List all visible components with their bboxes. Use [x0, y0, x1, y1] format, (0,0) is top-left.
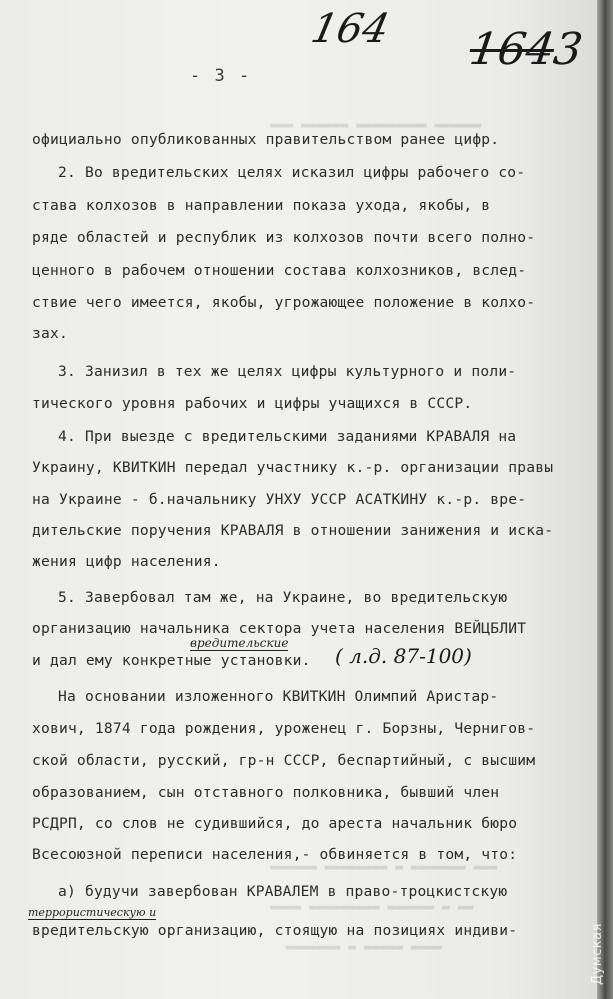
text-line: организацию начальника сектора учета нас…: [32, 620, 526, 637]
text-line: вредительскую организацию, стоящую на по…: [32, 922, 517, 939]
handwritten-insert: вредительские: [190, 636, 288, 651]
handwritten-case-reference: ( л.д. 87-100): [335, 644, 472, 668]
text-line: жения цифр населения.: [32, 553, 221, 570]
text-line: Украину, КВИТКИН передал участнику к.-р.…: [32, 459, 553, 476]
text-line: ценного в рабочем отношении состава колх…: [32, 262, 526, 279]
text-line: образованием, сын отставного полковника,…: [32, 784, 499, 801]
text-line: 4. При выезде с вредительскими заданиями…: [58, 428, 516, 445]
text-line: става колхозов в направлении показа уход…: [32, 197, 490, 214]
folio-struck: 164: [466, 24, 557, 75]
text-line: и дал ему конкретные установки.: [32, 652, 311, 669]
folio-number-handwritten: 164: [307, 6, 393, 52]
folio-number-corrected: 1643: [466, 24, 585, 75]
text-line: 5. Завербовал там же, на Украине, во вре…: [58, 589, 507, 606]
text-line: на Украине - б.начальнику УНХУ УССР АСАТ…: [32, 491, 526, 508]
text-line: На основании изложенного КВИТКИН Олимпий…: [58, 688, 498, 705]
bleed-through: ▬▬▬▬ ▬▬▬▬▬▬▬▬▬ ▬▬▬▬▬▬ ▬ ▬▬: [270, 900, 474, 915]
page-edge-shadow: [597, 0, 613, 999]
handwritten-insert: террористическую и: [28, 906, 156, 920]
document-page: 164 1643 - 3 - ▬▬▬ ▬▬▬▬▬▬ ▬▬▬▬▬▬▬▬▬ ▬▬▬▬…: [0, 0, 597, 999]
text-line: РСДРП, со слов не судившийся, до ареста …: [32, 815, 517, 832]
bleed-through: ▬▬▬▬▬▬▬ ▬ ▬▬▬▬▬ ▬▬▬▬: [270, 940, 442, 955]
text-line: дительские поручения КРАВАЛЯ в отношении…: [32, 522, 553, 539]
page-number: - 3 -: [190, 66, 251, 86]
text-line: ствие чего имеется, якобы, угрожающее по…: [32, 294, 535, 311]
text-line: 2. Во вредительских целях исказил цифры …: [58, 164, 525, 181]
text-line: тического уровня рабочих и цифры учащихс…: [32, 395, 472, 412]
watermark: Думская: [590, 923, 605, 985]
text-line: а) будучи завербован КРАВАЛЕМ в право-тр…: [58, 883, 507, 900]
text-line: ряде областей и республик из колхозов по…: [32, 229, 535, 246]
folio-suffix: 3: [550, 24, 585, 75]
text-line: ской области, русский, гр-н СССР, беспар…: [32, 752, 535, 769]
text-line: зах.: [32, 325, 68, 342]
text-line: Всесоюзной переписи населения,- обвиняет…: [32, 846, 517, 863]
text-line: официально опубликованных правительством…: [32, 131, 499, 148]
text-line: хович, 1874 года рождения, уроженец г. Б…: [32, 720, 535, 737]
text-line: 3. Занизил в тех же целях цифры культурн…: [58, 363, 516, 380]
